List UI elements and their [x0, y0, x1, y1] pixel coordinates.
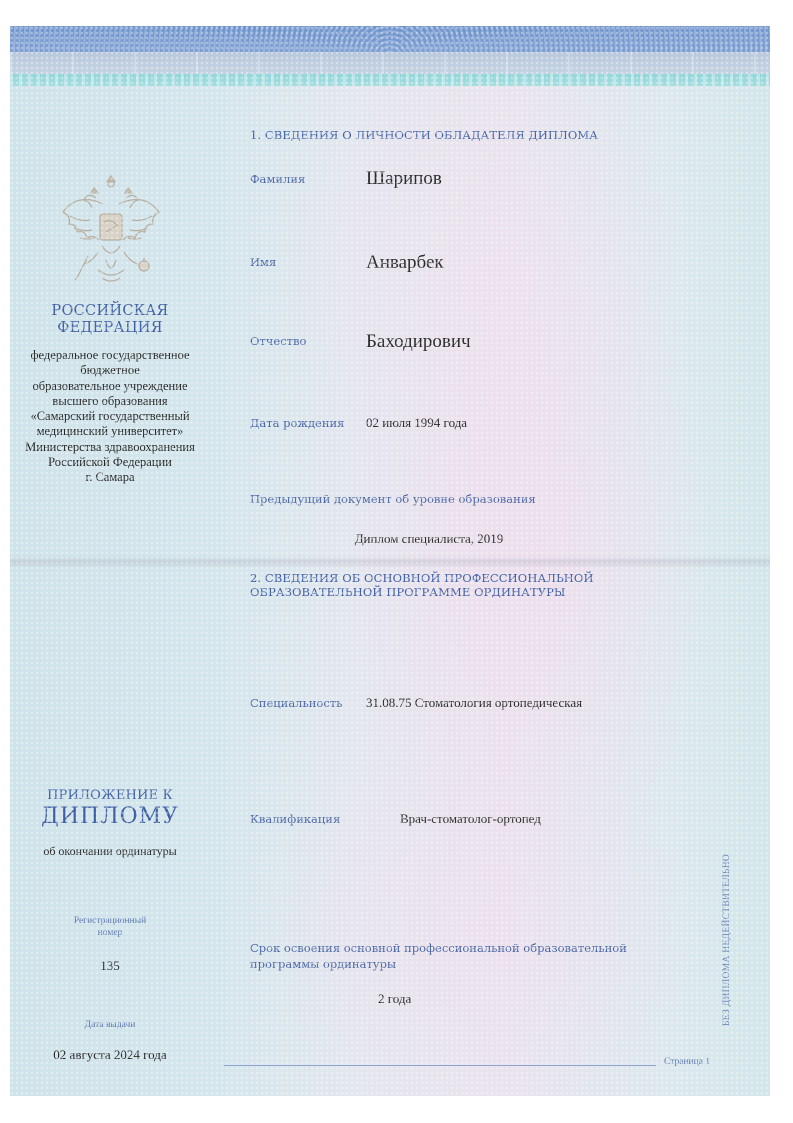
coat-of-arms-icon — [58, 170, 164, 290]
section2-title-line2: ОБРАЗОВАТЕЛЬНОЙ ПРОГРАММЕ ОРДИНАТУРЫ — [250, 585, 594, 599]
footer-divider — [224, 1065, 656, 1066]
registration-label-line1: Регистрационный — [10, 915, 210, 927]
organization-line: высшего образования — [10, 394, 214, 409]
birth-date-label: Дата рождения — [250, 416, 344, 430]
diploma-appendix-page: РОССИЙСКАЯ ФЕДЕРАЦИЯ федеральное государ… — [10, 26, 770, 1096]
decorative-top-band — [10, 26, 770, 52]
organization-line: Министерства здравоохранения — [10, 440, 214, 455]
diploma-title: ДИПЛОМУ — [10, 804, 210, 829]
previous-document-label: Предыдущий документ об уровне образовани… — [250, 492, 536, 506]
organization-line: г. Самара — [10, 470, 214, 485]
program-term-label-line2: программы ординатуры — [250, 956, 670, 972]
paper-fold-line — [10, 556, 770, 568]
decorative-middle-band — [10, 52, 770, 74]
specialty-value: 31.08.75 Стоматология ортопедическая — [366, 695, 582, 711]
program-term-value: 2 года — [378, 991, 411, 1007]
surname-label: Фамилия — [250, 172, 305, 186]
country-title-line1: РОССИЙСКАЯ — [10, 303, 210, 320]
program-term-label: Срок освоения основной профессиональной … — [250, 940, 670, 972]
name-label: Имя — [250, 255, 276, 269]
previous-document-value: Диплом специалиста, 2019 — [250, 531, 608, 547]
section2-title: 2. СВЕДЕНИЯ ОБ ОСНОВНОЙ ПРОФЕССИОНАЛЬНОЙ… — [250, 571, 594, 599]
page-number: Страница 1 — [664, 1057, 710, 1067]
issue-date-label: Дата выдачи — [10, 1020, 210, 1030]
program-term-label-line1: Срок освоения основной профессиональной … — [250, 940, 670, 956]
registration-label-line2: номер — [10, 927, 210, 939]
appendix-to-label: ПРИЛОЖЕНИЕ К — [10, 788, 210, 803]
qualification-label: Квалификация — [250, 812, 340, 826]
section1-title: 1. СВЕДЕНИЯ О ЛИЧНОСТИ ОБЛАДАТЕЛЯ ДИПЛОМ… — [250, 128, 598, 142]
surname-value: Шарипов — [366, 168, 442, 190]
registration-number-label: Регистрационный номер — [10, 915, 210, 939]
vertical-validity-notice: БЕЗ ДИПЛОМА НЕДЕЙСТВИТЕЛЬНО — [722, 854, 732, 1026]
patronymic-label: Отчество — [250, 334, 306, 348]
organization-line: образовательное учреждение — [10, 379, 214, 394]
patronymic-value: Баходирович — [366, 331, 471, 353]
organization-line: бюджетное — [10, 363, 214, 378]
name-value: Анварбек — [366, 252, 444, 274]
issue-date: 02 августа 2024 года — [10, 1047, 210, 1063]
country-title: РОССИЙСКАЯ ФЕДЕРАЦИЯ — [10, 303, 210, 337]
organization-line: Российской Федерации — [10, 455, 214, 470]
organization-line: «Самарский государственный — [10, 409, 214, 424]
organization-line: медицинский университет» — [10, 424, 214, 439]
appendix-subtitle: об окончании ординатуры — [10, 844, 210, 859]
birth-date-value: 02 июля 1994 года — [366, 415, 467, 431]
specialty-label: Специальность — [250, 696, 342, 710]
registration-number: 135 — [10, 958, 210, 974]
section2-title-line1: 2. СВЕДЕНИЯ ОБ ОСНОВНОЙ ПРОФЕССИОНАЛЬНОЙ — [250, 571, 594, 585]
country-title-line2: ФЕДЕРАЦИЯ — [10, 320, 210, 337]
qualification-value: Врач-стоматолог-ортопед — [400, 811, 541, 827]
organization-name: федеральное государственное бюджетное об… — [10, 348, 214, 486]
organization-line: федеральное государственное — [10, 348, 214, 363]
decorative-teal-band — [10, 74, 770, 86]
